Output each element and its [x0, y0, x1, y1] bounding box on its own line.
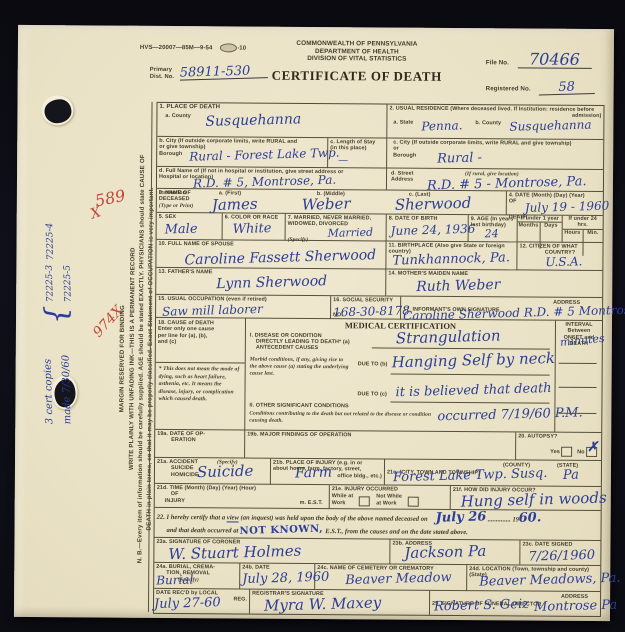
coroner-addr-value: Jackson Pa [404, 544, 486, 561]
form-grid: 1. PLACE OF DEATH a. County Susquehanna … [153, 102, 605, 617]
not-while-checkbox [408, 497, 419, 507]
field-place-of-injury: 21b. PLACE OF INJURY (e.g. in or about h… [271, 459, 385, 486]
while-at-work-label2: Work [332, 500, 346, 506]
field-cause-of-death-col: 18. CAUSE of DEATH Enter only one cause … [155, 318, 246, 431]
field-injury-location: 21c. (CITY, TOWN AND TOWNSHIP) (COUNTY) … [385, 459, 601, 487]
contributing-note: Conditions contributing to the death but… [249, 411, 435, 426]
statement-view-word: view [227, 514, 239, 522]
field-time-of-injury: 21d. TIME (Month) (Day) (Year) (Hour) OF… [155, 484, 330, 509]
autopsy-yes-label: Yes [550, 449, 560, 455]
field-birthplace: 11. BIRTHPLACE (Also give State or forei… [386, 242, 517, 271]
mother-value: Ruth Weber [416, 278, 500, 294]
street-label2: Address [391, 177, 413, 184]
clerk-note-copy2: 72225-4 [46, 223, 56, 261]
field-date-of-birth: 8. DATE OF BIRTH June 24, 1936 [387, 215, 469, 243]
county-value: Susquehanna [205, 112, 301, 129]
field-father: 13. FATHER'S NAME Lynn Sherwood [156, 268, 386, 297]
res-city-label3: Borough [393, 152, 601, 160]
other-conditions-label: II. OTHER SIGNIFICANT CONDITIONS [249, 403, 348, 410]
operation-date-label2: ERATION [171, 437, 242, 444]
sex-label: 5. SEX [159, 214, 220, 221]
dob-value: June 24, 1936 [391, 223, 476, 237]
institution-value: R.D. # 5, Montrose, Pa. [193, 174, 337, 190]
autopsy-no-mark: ✗ [587, 441, 598, 454]
clerk-note-copy1: 72225-3 [46, 265, 56, 303]
due-to-c-label: DUE TO (c) [357, 391, 386, 398]
field-medical-certification: MEDICAL CERTIFICATION I. DISEASE OR COND… [245, 319, 556, 433]
cause-b-value: Hanging Self by neck [392, 351, 556, 371]
ssn-value: 168-30-8178 [333, 304, 410, 318]
scanned-death-certificate: 589 X 974X 3 cert copies made 7/30/60 { … [0, 0, 625, 632]
operation-findings-label: 19b. MAJOR FINDINGS OF OPERATION [247, 432, 513, 440]
statement-time-value: NOT KNOWN, [240, 525, 324, 537]
field-spouse: 10. FULL NAME OF SPOUSE Caroline Fassett… [156, 240, 386, 270]
dod-value: July 19 - 1960 [525, 200, 610, 214]
coroner-sig-value: W. Stuart Holmes [168, 544, 301, 563]
occupation-value: Saw mill laborer [162, 303, 263, 318]
street-value: R.D. # 5 - Montrose, Pa. [427, 175, 587, 192]
field-usual-residence: 2. USUAL RESIDENCE (Where deceased lived… [387, 105, 603, 141]
last-name-value: Sherwood [395, 196, 472, 213]
field-burial-type: 24a. BURIAL, CREMA- TION, REMOVAL (Speci… [154, 563, 240, 590]
registered-no-label: Registered No. [486, 85, 531, 92]
field-informant: 17. INFORMANT'S OWN SIGNATURE ADDRESS Ca… [401, 297, 602, 321]
field-occupation: 15. USUAL OCCUPATION (even if retired) S… [156, 295, 331, 319]
registered-no-row: Registered No. 58 [486, 77, 595, 96]
while-at-work-label: While at [332, 494, 354, 500]
cause-c-value: it is believed that death [395, 382, 551, 399]
statement-date-value: July 26 [435, 510, 486, 524]
not-while-label2: at Work [376, 500, 396, 506]
age-value: 24 [484, 228, 498, 239]
primary-dist-label: Primary Dist. No. [150, 67, 175, 81]
file-no-row: File No. 70466 [486, 51, 592, 70]
injury-occurred-label: 21e. INJURY OCCURRED [332, 486, 448, 493]
certificate-card: 589 X 974X 3 cert copies made 7/30/60 { … [14, 25, 614, 621]
field-registrar-signature: REGISTRAR'S SIGNATURE Myra W. Maxey [250, 590, 430, 615]
field-interval-col: INTERVAL Between ONSET and DEATH minutes [555, 321, 602, 433]
while-at-work-checkbox [359, 497, 370, 507]
field-date-of-operation: 19a. DATE OF OP- ERATION [155, 430, 245, 459]
clerk-note-line2: made 7/30/60 [62, 355, 74, 425]
funeral-director-addr-value: Montrose Pa [534, 599, 618, 614]
res-city-value: Rural - [437, 151, 482, 165]
field-mother: 14. MOTHER'S MAIDEN NAME Ruth Weber [386, 270, 602, 299]
field-coroner-signature: 23a. SIGNATURE OF CORONER W. Stuart Holm… [154, 538, 390, 565]
autopsy-yes-checkbox [561, 447, 572, 457]
field-age-under-24hrs: If under 24 hrs. Hours Min. [563, 216, 603, 243]
due-to-b-label: DUE TO (b) [358, 361, 388, 368]
spouse-value: Caroline Fassett Sherwood [184, 248, 376, 267]
file-no-label: File No. [486, 59, 509, 66]
state-label: a. State [393, 120, 413, 127]
cemetery-value: Beaver Meadow [345, 571, 452, 587]
marital-value: Married [327, 227, 373, 239]
field-marital-status: 7. MARRIED, NEVER MARRIED, WIDOWED, DIVO… [286, 214, 387, 242]
statement-dots: .............. [488, 516, 511, 523]
field-length-of-stay: c. Length of Stay (in this place) — [328, 138, 387, 168]
field-age-under-1yr: If under 1 year Months Days [518, 215, 563, 242]
injury-loc-value: Forest Lake Twp. Susq. [393, 467, 548, 484]
field-date-received: DATE REC'D by LOCAL REG. July 27-60 [154, 589, 250, 614]
field-cemetery: 24c. NAME OF CEMETERY OR CREMATORY Beave… [315, 564, 467, 591]
header-center: COMMONWEALTH OF PENNSYLVANIA DEPARTMENT … [223, 39, 491, 85]
field-date-of-death: 4. DATE (Month) (Day) (Year) OF DEATH Ju… [507, 191, 603, 216]
res-county-value: Susquehanna [509, 119, 591, 133]
field-funeral-director: 25. SIGNATURE OF FUNERAL DIRECTOR ADDRES… [430, 591, 600, 616]
not-while-label: Not While [376, 494, 402, 500]
under24-label: If under 24 hrs. [563, 216, 603, 230]
field-operation-findings: 19b. MAJOR FINDINGS OF OPERATION [245, 431, 516, 461]
middle-name-value: Weber [302, 196, 351, 212]
field-how-injury: 21f. HOW DID INJURY OCCUR? Hung self in … [451, 486, 601, 511]
field-coroner-statement: 22. I hereby certify that a view (an inq… [154, 508, 600, 541]
cemetery-loc-value: Beaver Meadows, Pa. [479, 572, 621, 589]
morbid-note: Morbid conditions, if any, giving rise t… [250, 357, 352, 379]
field-street-address: d. Street Address (If rural, give locati… [387, 169, 603, 193]
statement-p1: 22. I hereby certify that a [157, 514, 227, 521]
sex-value: Male [164, 223, 197, 237]
dod-label1: 4. DATE (Month) [509, 192, 552, 198]
state-value: Penna. [421, 119, 462, 132]
clerk-note-rotated: 3 cert copies made 7/30/60 { 72225-3 722… [28, 218, 85, 424]
stay-value: — [338, 156, 348, 166]
clerk-note-brace: { [42, 305, 73, 325]
cause-a-value: Strangulation [396, 328, 501, 346]
field-autopsy: 20. AUTOPSY? Yes No ✗ [516, 432, 601, 461]
field-color-race: 6. COLOR OR RACE White [223, 213, 286, 240]
field-res-city-borough: c. City (If outside corporate limits, wr… [387, 139, 603, 171]
file-no-value: 70466 [517, 51, 591, 69]
punch-hole-top [41, 95, 73, 125]
statement-p4: and that death occurred at [167, 527, 239, 535]
field-burial-date: 24b. DATE July 28, 1960 [240, 563, 315, 590]
injury-loc-state-value: Pa [563, 469, 579, 482]
how-injury-value: Hung self in woods [461, 491, 607, 510]
disease-label3: ANTECEDENT CAUSES [256, 345, 319, 352]
field-name-of-deceased: 3. NAME OF DECEASED (Type or Print) a. (… [157, 189, 507, 215]
autopsy-no-label: No [577, 449, 585, 455]
registered-no-value: 58 [538, 80, 594, 96]
field-place-of-death: 1. PLACE OF DEATH a. County Susquehanna [157, 103, 387, 139]
burial-value: Burial [156, 574, 193, 587]
manner-value: Suicide [197, 464, 254, 481]
field-date-signed: 23c. DATE SIGNED 7/26/1960 [520, 540, 600, 566]
statement-p5: E.S.T., from the causes and on the date … [325, 528, 468, 536]
father-value: Lynn Sherwood [216, 274, 327, 291]
field-age: 9. AGE (In years last birthday) 24 [469, 215, 518, 242]
form-number: HVS—20007—85M—9-54 [140, 45, 213, 52]
date-recd-value: July 27-60 [154, 596, 221, 611]
field-sex: 5. SEX Male [157, 213, 223, 240]
primary-label-2: Dist. No. [150, 74, 174, 81]
statement-year-value: 60. [519, 511, 542, 525]
stay-label2: (in this place) [330, 145, 384, 152]
city-value: Rural - Forest Lake Twp. [189, 147, 340, 163]
birthplace-value: Tunkhannock, Pa. [392, 251, 510, 267]
race-value: White [232, 222, 271, 236]
field-manner-of-death: 21a. ACCIDENT SUICIDE HOMICIDE (Specify)… [155, 458, 271, 485]
field-citizen: 12. CITIZEN OF WHAT COUNTRY? U.S.A. [517, 242, 602, 271]
field-ssn: 16. SOCIAL SECURITY NO. 168-30-8178 [331, 296, 401, 319]
cod-footnote: * This does not mean the mode of dying, … [155, 363, 244, 407]
registrar-value: Myra W. Maxey [264, 595, 382, 613]
primary-label-1: Primary [150, 67, 174, 74]
field-injury-occurred: 21e. INJURY OCCURRED While atWork Not Wh… [330, 485, 451, 510]
cod-note-c: and (c) [158, 339, 243, 346]
statement-p2: (an inquest) was held upon the body of t… [239, 514, 428, 522]
field-city-borough: b. City (If outside corporate limits, wr… [157, 137, 328, 168]
division-line: DIVISION OF VITAL STATISTICS [223, 54, 491, 63]
injury-place-value: Farm [295, 465, 332, 480]
county-label: a. County [165, 113, 191, 120]
certificate-title: CERTIFICATE OF DEATH [223, 67, 491, 85]
clerk-note-copy3: 72225-5 [64, 265, 74, 303]
clerk-note-line1: 3 cert copies [44, 359, 56, 425]
injury-time-est: m. E.S.T. [300, 500, 323, 507]
date-signed-value: 7/26/1960 [528, 549, 595, 564]
race-label: 6. COLOR OR RACE [225, 214, 283, 221]
field-coroner-address: 23b. ADDRESS Jackson Pa [390, 540, 520, 566]
field-cemetery-location: 24d. LOCATION (Town, township and county… [467, 565, 600, 592]
citizen-value: U.S.A. [545, 255, 582, 268]
field-institution: d. Full Name of (If not in hospital or i… [157, 167, 387, 191]
dod-label1b: (Day) (Year) [554, 193, 585, 199]
funeral-director-value: Robert S. Geiz [434, 598, 529, 614]
res-county-label: b. County [475, 120, 501, 127]
first-name-value: James [212, 197, 258, 213]
